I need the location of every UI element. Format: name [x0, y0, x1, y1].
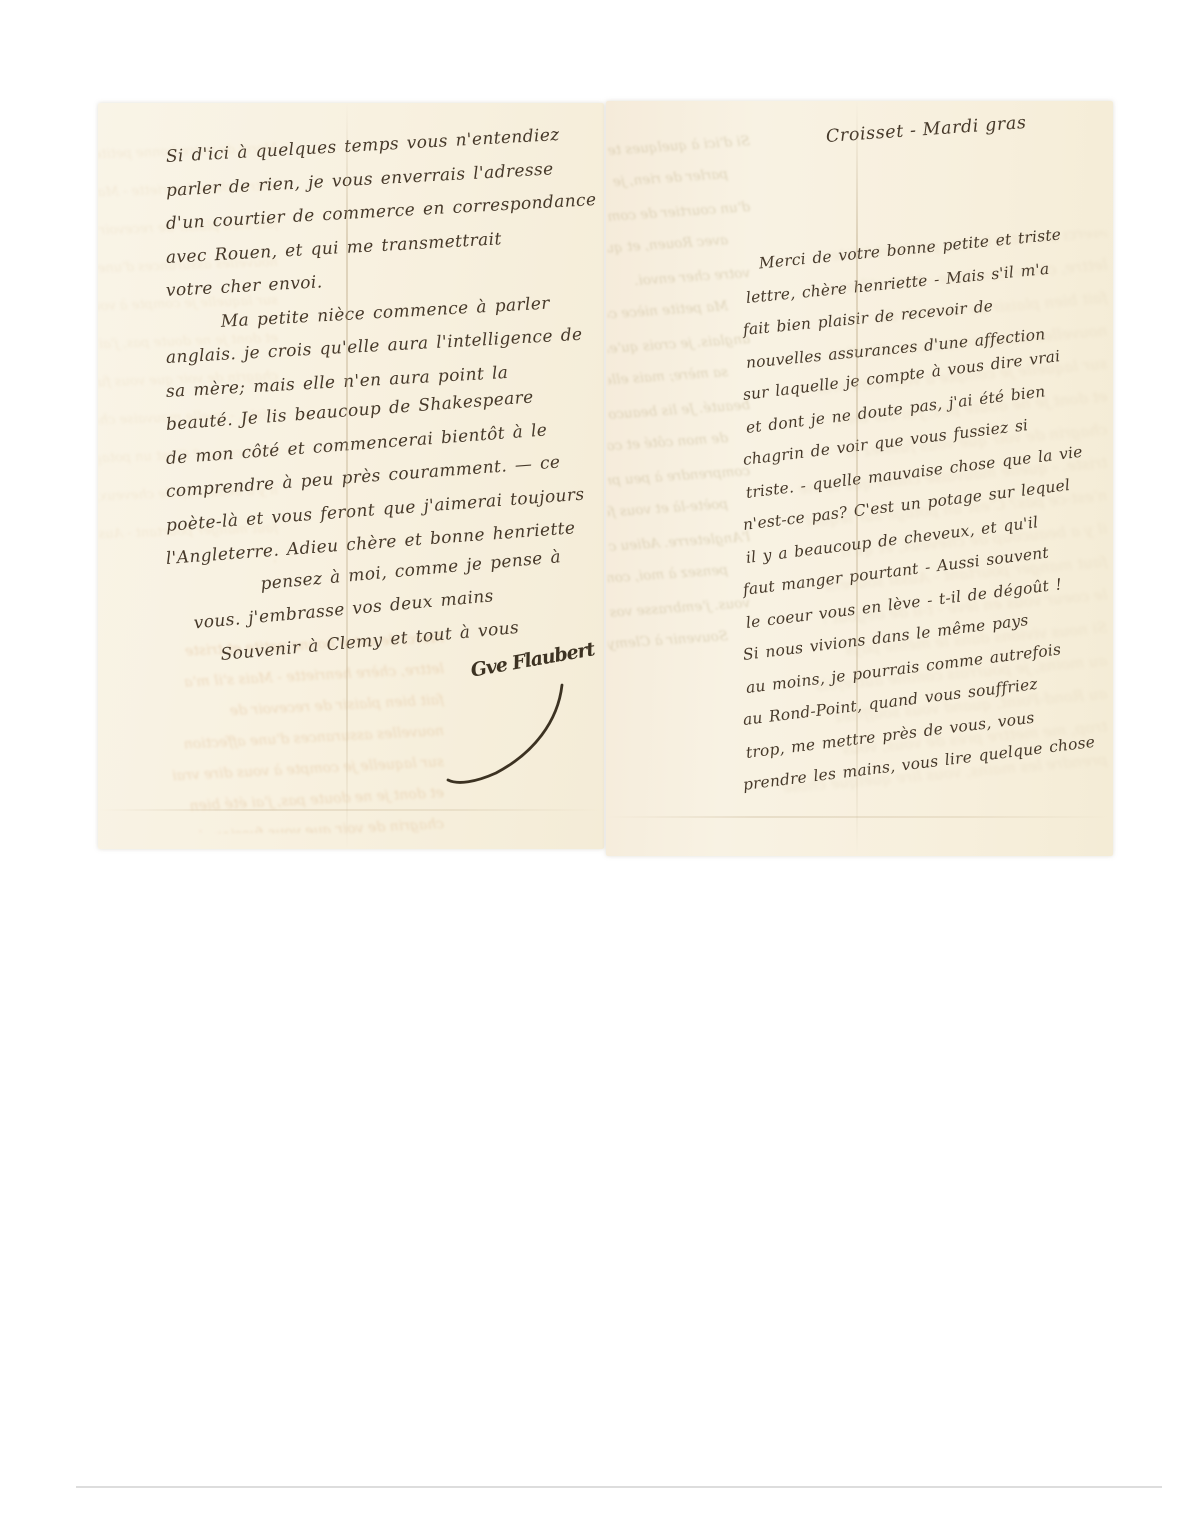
bleedthrough-line: Souvenir à Clemy et tout à vous [608, 620, 729, 661]
bleedthrough-line: avec Rouen, et qui me transmettrait [608, 224, 729, 265]
bleedthrough-line: sur laquelle je compte à vous dire vrai [104, 747, 444, 796]
bleedthrough-line: de mon côté et commencerai bientôt à le [608, 422, 729, 463]
fold-crease-horizontal [606, 816, 1113, 818]
handwriting-body-left: Si d'ici à quelques temps vous n'entendi… [166, 141, 604, 677]
bleedthrough-line: chagrin de voir que vous fussiez si [104, 809, 444, 833]
bleedthrough-line: comprendre à peu près couramment. — ce [608, 455, 750, 498]
bleedthrough-texture: Si d'ici à quelques temps vous n'entendi… [608, 125, 750, 841]
bleedthrough-line: nouvelles assurances d'une affection [104, 716, 444, 765]
bleedthrough-line: beauté. Je lis beaucoup de Shakespeare [608, 389, 750, 432]
bleedthrough-line: pensez à moi, comme je pense à [608, 554, 729, 595]
signature-flourish-stroke [434, 679, 576, 791]
bleedthrough-line: et dont je ne doute pas, j'ai été bien [104, 778, 444, 827]
bleedthrough-line: anglais. je crois qu'elle aura l'intelli… [608, 323, 750, 366]
letter-page-right: Si d'ici à quelques temps vous n'entendi… [606, 101, 1113, 856]
page-bottom-divider [76, 1486, 1162, 1488]
bleedthrough-line: Si d'ici à quelques temps vous n'entendi… [608, 125, 750, 168]
bleedthrough-line: votre cher envoi. [608, 257, 750, 300]
bleedthrough-line: Ma petite nièce commence à parler [608, 290, 729, 331]
bleedthrough-line: parler de rien, je vous enverrais l'adre… [608, 158, 729, 199]
bleedthrough-line: l'Angleterre. Adieu chère et bonne henri… [608, 521, 750, 564]
bleedthrough-line: fait bien plaisir de recevoir de [104, 685, 444, 734]
bleedthrough-line: sa mère; mais elle n'en aura point la [608, 356, 729, 397]
fold-crease [346, 103, 348, 849]
letter-page-left: Merci de votre bonne petite et tristelet… [98, 103, 604, 849]
letter-scan: Merci de votre bonne petite et tristelet… [98, 101, 1113, 856]
bleedthrough-line: vous. j'embrasse vos deux mains [608, 587, 750, 630]
handwriting-body-right: Merci de votre bonne petite et tristelet… [743, 249, 1113, 802]
bleedthrough-line: poète-là et vous feront que j'aimerai to… [608, 488, 729, 529]
fold-crease-horizontal [98, 809, 604, 811]
bleedthrough-line: d'un courtier de commerce en corresponda… [608, 191, 750, 234]
fold-crease [856, 101, 858, 856]
